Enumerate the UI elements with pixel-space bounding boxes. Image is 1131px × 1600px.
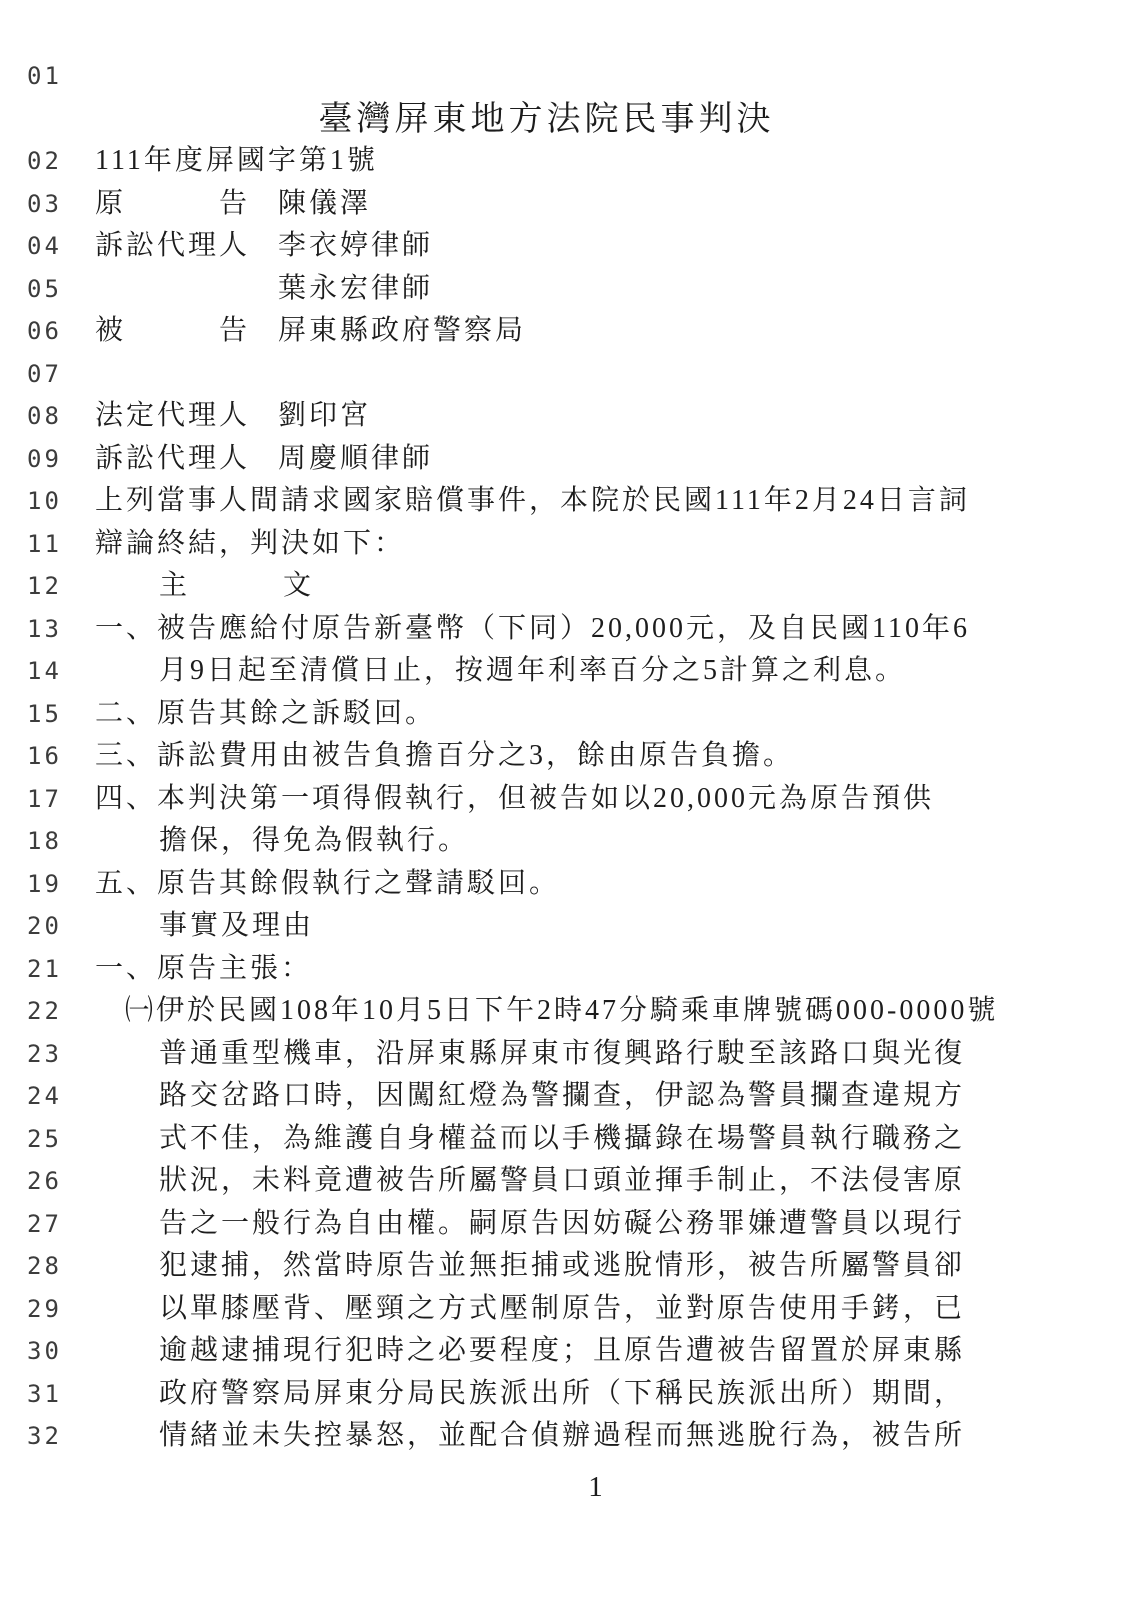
line-number: 29 bbox=[0, 1288, 95, 1331]
line-text: 情緒並未失控暴怒，並配合偵辦過程而無逃脫行為，被告所 bbox=[95, 1415, 1131, 1458]
line-number: 22 bbox=[0, 990, 95, 1033]
line-number: 12 bbox=[0, 565, 95, 608]
line-number: 27 bbox=[0, 1203, 95, 1246]
document-line: 31 政府警察局屏東分局民族派出所（下稱民族派出所）期間， bbox=[0, 1373, 1131, 1416]
document-line: 28 犯逮捕，然當時原告並無拒捕或逃脫情形，被告所屬警員卻 bbox=[0, 1245, 1131, 1288]
party-role-label: 訴訟代理人 bbox=[95, 438, 278, 481]
line-text: 辯論終結，判決如下： bbox=[95, 523, 1131, 566]
line-text: 五、原告其餘假執行之聲請駁回。 bbox=[95, 863, 1131, 906]
document-line: 07 bbox=[0, 353, 1131, 396]
line-text: 路交岔路口時，因闖紅燈為警攔查，伊認為警員攔查違規方 bbox=[95, 1075, 1131, 1118]
line-number: 07 bbox=[0, 353, 95, 396]
document-line: 01 臺灣屏東地方法院民事判決 bbox=[0, 52, 1131, 140]
line-number: 26 bbox=[0, 1160, 95, 1203]
page-number: 1 bbox=[30, 1458, 1131, 1508]
document-line: 04 訴訟代理人李衣婷律師 bbox=[0, 225, 1131, 268]
line-text: 一、被告應給付原告新臺幣（下同）20,000元，及自民國110年6 bbox=[95, 608, 1131, 651]
document-line: 18 擔保，得免為假執行。 bbox=[0, 820, 1131, 863]
document-line: 05 葉永宏律師 bbox=[0, 268, 1131, 311]
party-role-label: 原 告 bbox=[95, 183, 278, 226]
document-line: 15 二、原告其餘之訴駁回。 bbox=[0, 693, 1131, 736]
document-line: 14 月9日起至清償日止，按週年利率百分之5計算之利息。 bbox=[0, 650, 1131, 693]
line-number: 28 bbox=[0, 1245, 95, 1288]
party-role-label: 訴訟代理人 bbox=[95, 225, 278, 268]
document-line: 21 一、原告主張： bbox=[0, 948, 1131, 991]
document-line: 26 狀況，未料竟遭被告所屬警員口頭並揮手制止，不法侵害原 bbox=[0, 1160, 1131, 1203]
line-number: 21 bbox=[0, 948, 95, 991]
document-line: 11 辯論終結，判決如下： bbox=[0, 523, 1131, 566]
line-number: 20 bbox=[0, 905, 95, 948]
document-line: 27 告之一般行為自由權。嗣原告因妨礙公務罪嫌遭警員以現行 bbox=[0, 1203, 1131, 1246]
line-text: ㈠伊於民國108年10月5日下午2時47分騎乘車牌號碼000-0000號 bbox=[95, 990, 1131, 1033]
line-number: 18 bbox=[0, 820, 95, 863]
document-line: 29 以單膝壓背、壓頸之方式壓制原告，並對原告使用手銬，已 bbox=[0, 1288, 1131, 1331]
line-text: 以單膝壓背、壓頸之方式壓制原告，並對原告使用手銬，已 bbox=[95, 1288, 1131, 1331]
party-line: 原 告陳儀澤 bbox=[95, 183, 1131, 226]
line-text: 上列當事人間請求國家賠償事件，本院於民國111年2月24日言詞 bbox=[95, 480, 1131, 523]
case-number-text: 111年度屏國字第1號 bbox=[95, 140, 1131, 183]
line-number: 13 bbox=[0, 608, 95, 651]
document-line: 10 上列當事人間請求國家賠償事件，本院於民國111年2月24日言詞 bbox=[0, 480, 1131, 523]
line-text: 四、本判決第一項得假執行，但被告如以20,000元為原告預供 bbox=[95, 778, 1131, 821]
document-line: 24 路交岔路口時，因闖紅燈為警攔查，伊認為警員攔查違規方 bbox=[0, 1075, 1131, 1118]
line-text: 三、訴訟費用由被告負擔百分之3，餘由原告負擔。 bbox=[95, 735, 1131, 778]
line-number: 02 bbox=[0, 140, 95, 183]
document-line: 16 三、訴訟費用由被告負擔百分之3，餘由原告負擔。 bbox=[0, 735, 1131, 778]
section-heading-facts-text: 事實及理由 bbox=[95, 905, 1131, 948]
party-role-label: 法定代理人 bbox=[95, 395, 278, 438]
line-number: 19 bbox=[0, 863, 95, 906]
document-line: 09 訴訟代理人周慶順律師 bbox=[0, 438, 1131, 481]
line-number: 11 bbox=[0, 523, 95, 566]
document-line: 03 原 告陳儀澤 bbox=[0, 183, 1131, 226]
party-line: 訴訟代理人周慶順律師 bbox=[95, 438, 1131, 481]
line-number: 10 bbox=[0, 480, 95, 523]
line-number: 23 bbox=[0, 1033, 95, 1076]
line-number: 03 bbox=[0, 183, 95, 226]
line-number: 24 bbox=[0, 1075, 95, 1118]
document-line: 12 主 文 bbox=[0, 565, 1131, 608]
line-text bbox=[95, 353, 1131, 396]
document-line: 23 普通重型機車，沿屏東縣屏東市復興路行駛至該路口與光復 bbox=[0, 1033, 1131, 1076]
line-number: 17 bbox=[0, 778, 95, 821]
party-name: 陳儀澤 bbox=[278, 188, 371, 219]
line-text: 狀況，未料竟遭被告所屬警員口頭並揮手制止，不法侵害原 bbox=[95, 1160, 1131, 1203]
line-number: 06 bbox=[0, 310, 95, 353]
party-line: 法定代理人劉印宮 bbox=[95, 395, 1131, 438]
party-name: 李衣婷律師 bbox=[278, 230, 433, 261]
line-text: 式不佳，為維護自身權益而以手機攝錄在場警員執行職務之 bbox=[95, 1118, 1131, 1161]
line-number: 32 bbox=[0, 1415, 95, 1458]
document-line: 19 五、原告其餘假執行之聲請駁回。 bbox=[0, 863, 1131, 906]
party-name: 葉永宏律師 bbox=[278, 273, 433, 304]
party-name: 周慶順律師 bbox=[278, 443, 433, 474]
line-text: 一、原告主張： bbox=[95, 948, 1131, 991]
line-number: 30 bbox=[0, 1330, 95, 1373]
line-text: 逾越逮捕現行犯時之必要程度；且原告遭被告留置於屏東縣 bbox=[95, 1330, 1131, 1373]
line-number: 14 bbox=[0, 650, 95, 693]
line-text: 告之一般行為自由權。嗣原告因妨礙公務罪嫌遭警員以現行 bbox=[95, 1203, 1131, 1246]
line-number: 31 bbox=[0, 1373, 95, 1416]
document-line: 17 四、本判決第一項得假執行，但被告如以20,000元為原告預供 bbox=[0, 778, 1131, 821]
line-text: 月9日起至清償日止，按週年利率百分之5計算之利息。 bbox=[95, 650, 1131, 693]
line-number: 08 bbox=[0, 395, 95, 438]
party-line: 葉永宏律師 bbox=[95, 268, 1131, 311]
document-title: 臺灣屏東地方法院民事判決 bbox=[95, 100, 1131, 140]
line-number: 15 bbox=[0, 693, 95, 736]
document-line: 25 式不佳，為維護自身權益而以手機攝錄在場警員執行職務之 bbox=[0, 1118, 1131, 1161]
document-line: 06 被 告屏東縣政府警察局 bbox=[0, 310, 1131, 353]
line-text: 普通重型機車，沿屏東縣屏東市復興路行駛至該路口與光復 bbox=[95, 1033, 1131, 1076]
section-heading-main-text: 主 文 bbox=[95, 565, 1131, 608]
party-line: 被 告屏東縣政府警察局 bbox=[95, 310, 1131, 353]
document-line: 08 法定代理人劉印宮 bbox=[0, 395, 1131, 438]
line-text: 擔保，得免為假執行。 bbox=[95, 820, 1131, 863]
line-number: 25 bbox=[0, 1118, 95, 1161]
document-line: 20 事實及理由 bbox=[0, 905, 1131, 948]
party-role-label: 被 告 bbox=[95, 310, 278, 353]
line-number: 05 bbox=[0, 268, 95, 311]
line-number: 16 bbox=[0, 735, 95, 778]
line-text: 政府警察局屏東分局民族派出所（下稱民族派出所）期間， bbox=[95, 1373, 1131, 1416]
document-line: 30 逾越逮捕現行犯時之必要程度；且原告遭被告留置於屏東縣 bbox=[0, 1330, 1131, 1373]
document-line: 02 111年度屏國字第1號 bbox=[0, 140, 1131, 183]
line-number: 09 bbox=[0, 438, 95, 481]
party-name: 劉印宮 bbox=[278, 400, 371, 431]
line-text: 二、原告其餘之訴駁回。 bbox=[95, 693, 1131, 736]
document-line: 32 情緒並未失控暴怒，並配合偵辦過程而無逃脫行為，被告所 bbox=[0, 1415, 1131, 1458]
judgment-document: 01 臺灣屏東地方法院民事判決 02 111年度屏國字第1號 03 原 告陳儀澤… bbox=[0, 0, 1131, 1600]
document-line: 22 ㈠伊於民國108年10月5日下午2時47分騎乘車牌號碼000-0000號 bbox=[0, 990, 1131, 1033]
party-name: 屏東縣政府警察局 bbox=[278, 315, 526, 346]
line-number: 04 bbox=[0, 225, 95, 268]
line-number: 01 bbox=[0, 52, 95, 91]
line-text: 犯逮捕，然當時原告並無拒捕或逃脫情形，被告所屬警員卻 bbox=[95, 1245, 1131, 1288]
document-line: 13 一、被告應給付原告新臺幣（下同）20,000元，及自民國110年6 bbox=[0, 608, 1131, 651]
party-line: 訴訟代理人李衣婷律師 bbox=[95, 225, 1131, 268]
